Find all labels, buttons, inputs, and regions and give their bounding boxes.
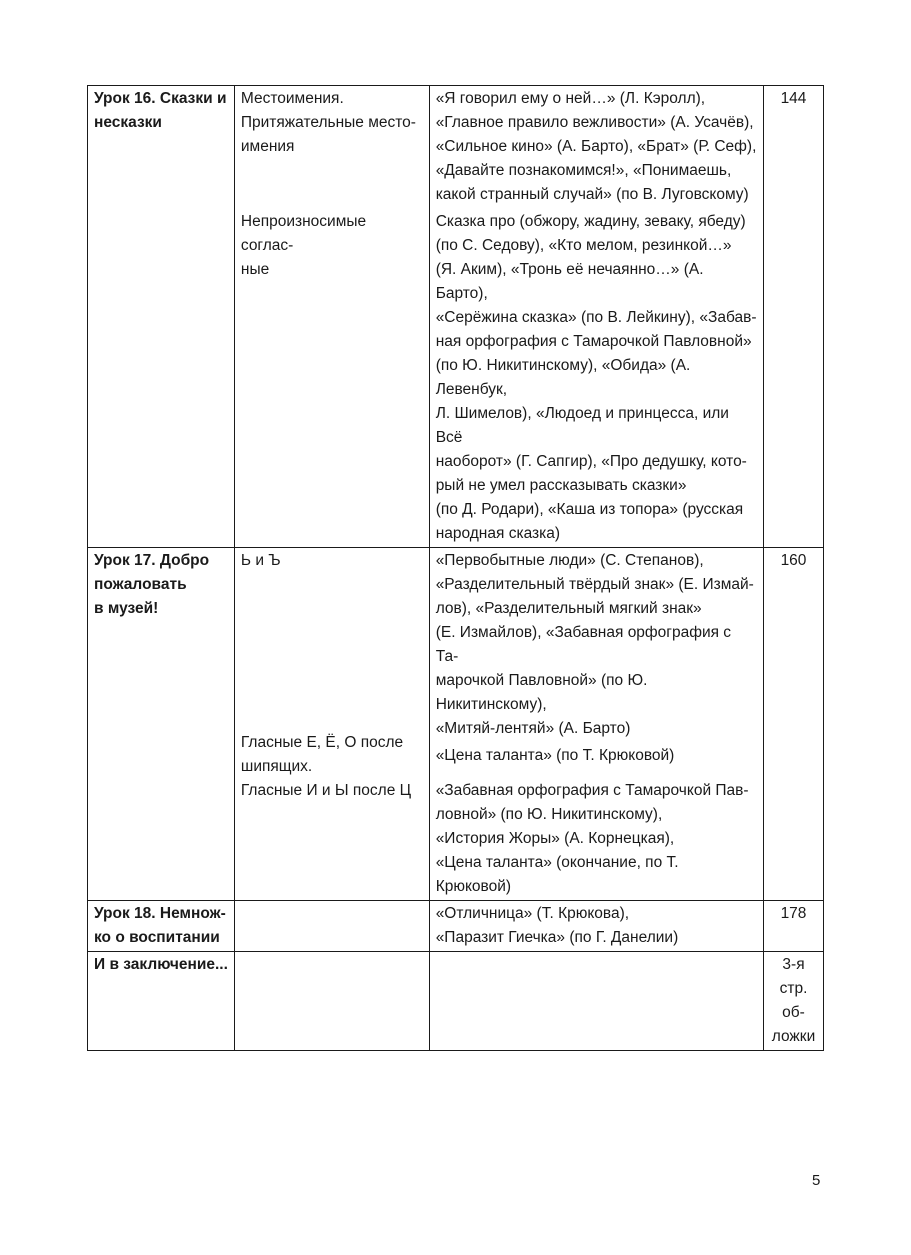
page-cell: 3-я стр. об- ложки xyxy=(764,952,824,1051)
works-line: ная орфография с Тамарочкой Павловной» xyxy=(436,330,757,354)
lesson-title-cell: Урок 16. Сказки и несказки xyxy=(88,86,235,548)
table-row: Урок 18. Немнож- ко о воспитании «Отличн… xyxy=(88,901,824,952)
works-line: «Серёжина сказка» (по В. Лейкину), «Заба… xyxy=(436,306,757,330)
page-number: 5 xyxy=(812,1172,820,1189)
topic-line: ные xyxy=(241,258,423,282)
lesson-title-line: несказки xyxy=(94,111,228,135)
works-line: «Я говорил ему о ней…» (Л. Кэролл), xyxy=(436,87,757,111)
topic-cell: Местоимения. Притяжательные место- имени… xyxy=(234,86,429,548)
topic-line: Местоимения. xyxy=(241,87,423,111)
page-line: ложки xyxy=(770,1025,817,1049)
lesson-title-cell: Урок 18. Немнож- ко о воспитании xyxy=(88,901,235,952)
works-line: «История Жоры» (А. Корнецкая), xyxy=(436,827,757,851)
topic-line: Непроизносимые соглас- xyxy=(241,210,423,258)
works-line: «Забавная орфография с Тамарочкой Пав- xyxy=(436,779,757,803)
table-of-contents: Урок 16. Сказки и несказки Местоимения. … xyxy=(87,85,824,1051)
works-line: Сказка про (обжору, жадину, зеваку, ябед… xyxy=(436,210,757,234)
works-line: «Разделительный твёрдый знак» (Е. Измай- xyxy=(436,573,757,597)
works-line: ловной» (по Ю. Никитинскому), xyxy=(436,803,757,827)
lesson-title-line: Урок 18. Немнож- xyxy=(94,902,228,926)
works-line: рый не умел рассказывать сказки» xyxy=(436,474,757,498)
lesson-title-cell: И в заключение... xyxy=(88,952,235,1051)
works-line: (по Ю. Никитинскому), «Обида» (А. Левенб… xyxy=(436,354,757,402)
lesson-title-line: И в заключение... xyxy=(94,953,228,977)
lesson-title-line: ко о воспитании xyxy=(94,926,228,950)
works-line: лов), «Разделительный мягкий знак» xyxy=(436,597,757,621)
topic-line: Притяжательные место- xyxy=(241,111,423,135)
page-line: об- xyxy=(770,1001,817,1025)
topic-cell: Ь и Ъ Гласные Е, Ё, О после шипящих. Гла… xyxy=(234,548,429,901)
page-line: 3-я xyxy=(770,953,817,977)
works-line: народная сказка) xyxy=(436,522,757,546)
works-line: какой странный случай» (по В. Луговскому… xyxy=(436,183,757,207)
topic-line: Гласные И и Ы после Ц xyxy=(241,779,423,803)
topic-line: шипящих. xyxy=(241,755,423,779)
table-row: И в заключение... 3-я стр. об- ложки xyxy=(88,952,824,1051)
works-line: (по Д. Родари), «Каша из топора» (русска… xyxy=(436,498,757,522)
topic-line: имения xyxy=(241,135,423,159)
works-line: марочкой Павловной» (по Ю. Никитинскому)… xyxy=(436,669,757,717)
works-line: наоборот» (Г. Сапгир), «Про дедушку, кот… xyxy=(436,450,757,474)
topic-cell xyxy=(234,901,429,952)
works-line: «Первобытные люди» (С. Степанов), xyxy=(436,549,757,573)
page-cell: 160 xyxy=(764,548,824,901)
table-row: Урок 17. Добро пожаловать в музей! Ь и Ъ… xyxy=(88,548,824,901)
topic-line: Гласные Е, Ё, О после xyxy=(241,731,423,755)
works-line: (Я. Аким), «Тронь её нечаянно…» (А. Барт… xyxy=(436,258,757,306)
works-line: «Цена таланта» (окончание, по Т. Крюково… xyxy=(436,851,757,899)
works-line: Л. Шимелов), «Людоед и принцесса, или Вс… xyxy=(436,402,757,450)
works-line: «Отличница» (Т. Крюкова), xyxy=(436,902,757,926)
works-line: (Е. Измайлов), «Забавная орфография с Та… xyxy=(436,621,757,669)
works-cell: «Я говорил ему о ней…» (Л. Кэролл), «Гла… xyxy=(429,86,763,548)
works-cell xyxy=(429,952,763,1051)
table-row: Урок 16. Сказки и несказки Местоимения. … xyxy=(88,86,824,548)
lesson-title-line: Урок 17. Добро xyxy=(94,549,228,573)
works-line: «Митяй-лентяй» (А. Барто) xyxy=(436,717,757,741)
topic-line: Ь и Ъ xyxy=(241,549,423,573)
works-cell: «Первобытные люди» (С. Степанов), «Разде… xyxy=(429,548,763,901)
works-cell: «Отличница» (Т. Крюкова), «Паразит Гиечк… xyxy=(429,901,763,952)
lesson-title-line: пожаловать xyxy=(94,573,228,597)
works-line: «Давайте познакомимся!», «Понимаешь, xyxy=(436,159,757,183)
works-line: «Сильное кино» (А. Барто), «Брат» (Р. Се… xyxy=(436,135,757,159)
works-line: (по С. Седову), «Кто мелом, резинкой…» xyxy=(436,234,757,258)
lesson-title-line: в музей! xyxy=(94,597,228,621)
page-line: стр. xyxy=(770,977,817,1001)
lesson-title-cell: Урок 17. Добро пожаловать в музей! xyxy=(88,548,235,901)
lesson-title-line: Урок 16. Сказки и xyxy=(94,87,228,111)
works-line: «Главное правило вежливости» (А. Усачёв)… xyxy=(436,111,757,135)
works-line: «Цена таланта» (по Т. Крюковой) xyxy=(436,744,757,768)
page-cell: 178 xyxy=(764,901,824,952)
works-line: «Паразит Гиечка» (по Г. Данелии) xyxy=(436,926,757,950)
topic-cell xyxy=(234,952,429,1051)
page-cell: 144 xyxy=(764,86,824,548)
